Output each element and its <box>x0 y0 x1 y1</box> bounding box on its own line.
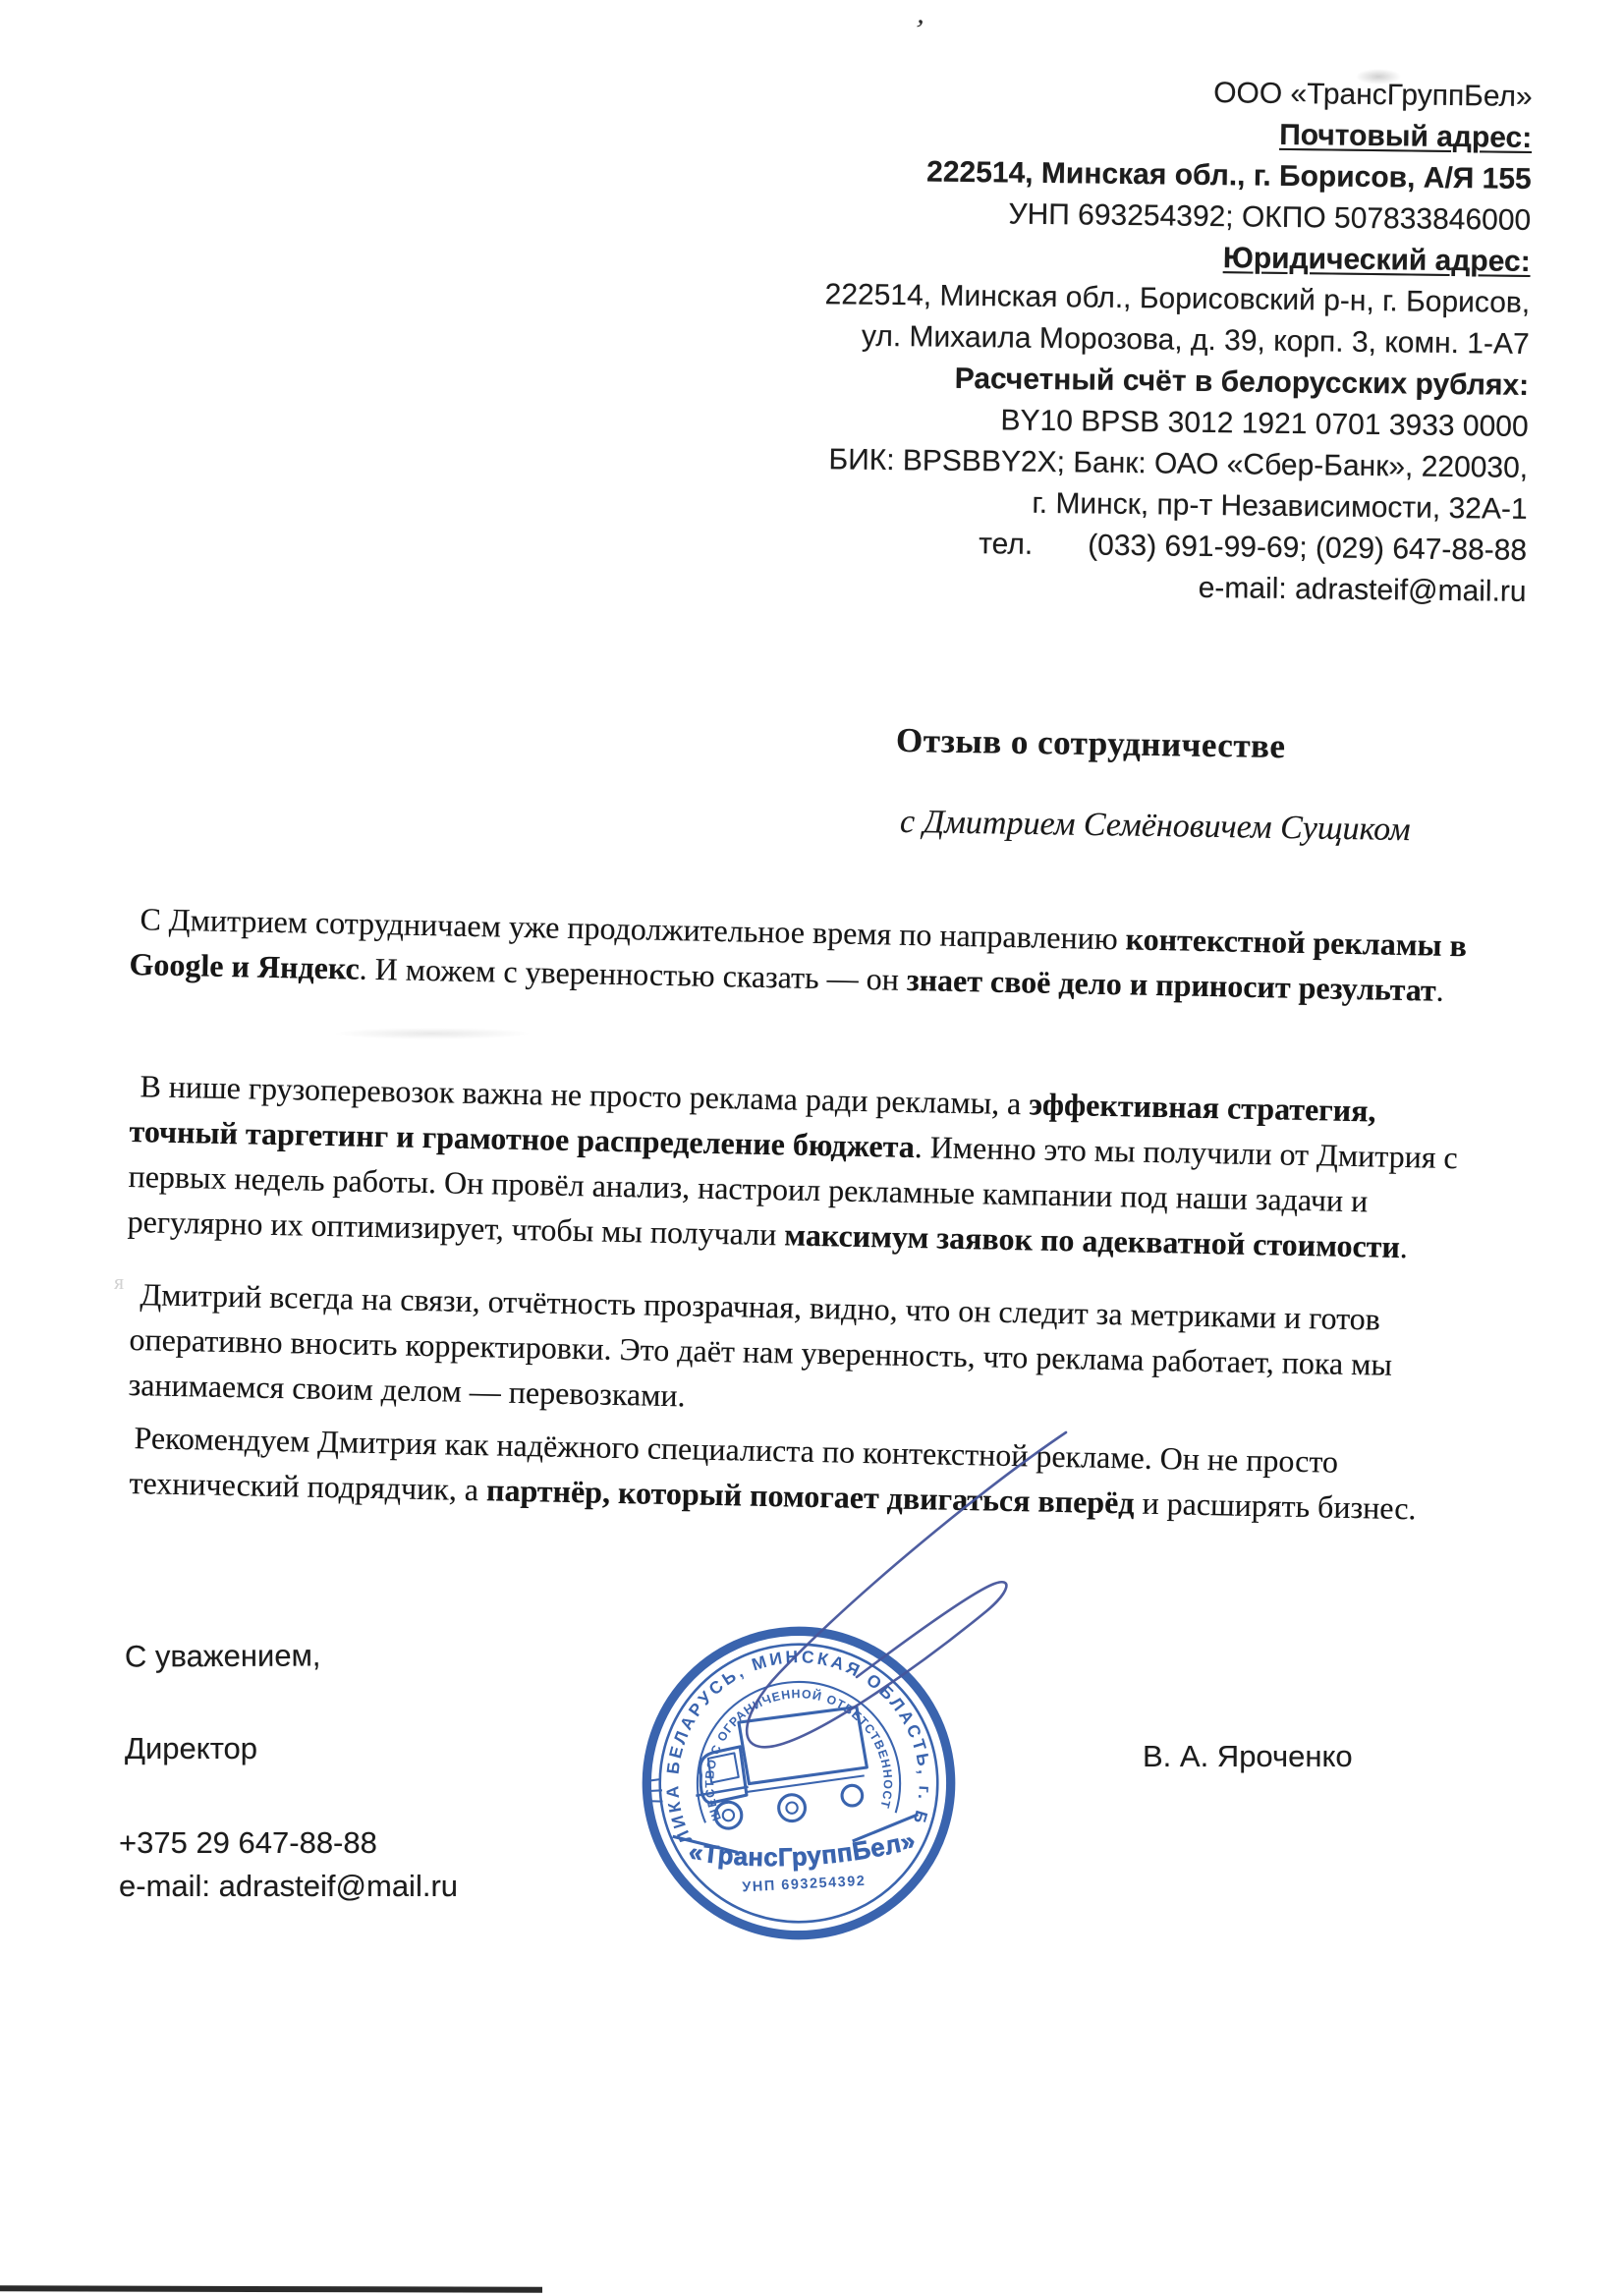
phone-gap <box>1033 554 1088 555</box>
director-name: В. А. Яроченко <box>1143 1739 1353 1774</box>
signature-regards: С уважением, <box>125 1638 321 1674</box>
company-stamp: РЕСПУБЛИКА БЕЛАРУСЬ, МИНСКАЯ ОБЛАСТЬ, г.… <box>629 1613 970 1954</box>
scanned-letter-page: ООО «ТрансГруппБел» Почтовый адрес: 2225… <box>0 0 1624 2296</box>
stamp-unp: УНП 693254392 <box>742 1874 867 1896</box>
stamp-outer-ring <box>639 1623 958 1942</box>
scan-edge-shadow <box>0 2285 542 2292</box>
phone-label: тел. <box>979 528 1033 561</box>
stamp-company-name: «ТрансГруппБел» <box>686 1826 919 1876</box>
letterhead: ООО «ТрансГруппБел» Почтовый адрес: 2225… <box>396 63 1533 613</box>
paragraph-3: Дмитрий всегда на связи, отчётность проз… <box>128 1271 1484 1434</box>
signature-role: Директор <box>125 1731 257 1766</box>
letter-subtitle: с Дмитрием Семёновичем Сущиком <box>900 804 1411 849</box>
signature-email: e-mail: adrasteif@mail.ru <box>119 1869 458 1904</box>
phone-numbers: (033) 691-99-69; (029) 647-88-88 <box>1088 530 1527 567</box>
paragraph-1: С Дмитрием сотрудничаем уже продолжитель… <box>129 896 1484 1014</box>
paragraph-2: В нише грузоперевозок важна не просто ре… <box>127 1063 1484 1271</box>
signature-phone: +375 29 647-88-88 <box>119 1825 377 1861</box>
scan-artifact-stray-char: я <box>114 1269 124 1295</box>
paragraph-4: Рекомендуем Дмитрия как надёжного специа… <box>129 1415 1484 1533</box>
scan-smudge <box>1356 69 1401 84</box>
letter-title: Отзыв о сотрудничестве <box>896 721 1286 766</box>
scan-smudge <box>334 1028 531 1039</box>
scan-artifact-mark: ’ <box>911 13 927 47</box>
